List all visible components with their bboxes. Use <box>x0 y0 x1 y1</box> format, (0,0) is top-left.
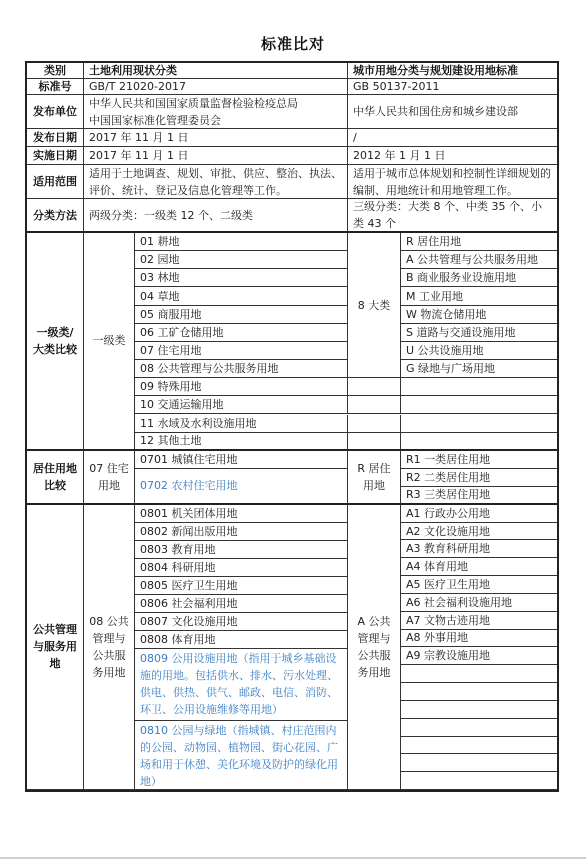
public-b-item-empty <box>401 719 557 737</box>
meta-label-text: 实施日期 <box>33 147 77 164</box>
public-a-item-text: 0806 社会福利用地 <box>140 595 238 612</box>
meta-value-a-text: GB/T 21020-2017 <box>89 79 186 95</box>
residential-b-item-text: R2 二类居住用地 <box>406 469 490 486</box>
residential-a-item: 0701 城镇住宅用地 <box>135 451 348 469</box>
section-public-label-text: 公共管理与服务用地 <box>32 621 78 672</box>
section-level1-b-group: 8 大类 <box>348 233 401 378</box>
meta-value-b-text: 中华人民共和国住房和城乡建设部 <box>353 103 518 120</box>
header-col-b-text: 城市用地分类与规划建设用地标准 <box>353 63 518 79</box>
level1-a-item: 09 特殊用地 <box>135 378 348 396</box>
public-b-item-text: A6 社会福利设施用地 <box>406 594 512 611</box>
public-b-item-text: A5 医疗卫生用地 <box>406 576 490 593</box>
meta-label-text: 分类方法 <box>33 207 77 224</box>
section-level1-a-group-text: 一级类 <box>93 332 126 349</box>
public-b-item-text: A8 外事用地 <box>406 630 468 647</box>
public-b-item: A2 文化设施用地 <box>401 523 557 541</box>
level1-a-item-text: 04 草地 <box>140 288 180 305</box>
meta-label-text: 发布单位 <box>33 103 77 120</box>
public-a-item-highlight-text: 0810 公园与绿地（指城镇、村庄范围内的公园、动物园、植物园、街心花园、广场和… <box>140 722 342 790</box>
meta-value-a-text: 适用于土地调查、规划、审批、供应、整治、执法、评价、统计、登记及信息化管理等工作… <box>89 165 342 199</box>
public-a-item: 0804 科研用地 <box>135 559 348 577</box>
public-b-item: A4 体育用地 <box>401 558 557 576</box>
public-b-item-empty <box>401 683 557 701</box>
meta-label: 实施日期 <box>27 147 84 165</box>
public-a-item: 0806 社会福利用地 <box>135 595 348 613</box>
level1-b-item-text: B 商业服务业设施用地 <box>406 269 516 286</box>
level1-b-item-text: U 公共设施用地 <box>406 342 484 359</box>
meta-value-a: GB/T 21020-2017 <box>84 79 348 95</box>
level1-b-item-text: G 绿地与广场用地 <box>406 360 495 377</box>
comparison-table: 类别土地利用现状分类城市用地分类与规划建设用地标准标准号GB/T 21020-2… <box>25 61 559 792</box>
meta-value-a-text: 两级分类：一级类 12 个、二级类 <box>89 207 253 224</box>
public-b-item-empty <box>401 754 557 772</box>
section-level1-b-group-text: 8 大类 <box>358 297 391 314</box>
public-a-item-text: 0805 医疗卫生用地 <box>140 577 238 594</box>
public-a-item: 0805 医疗卫生用地 <box>135 577 348 595</box>
section-level1-a-group: 一级类 <box>84 233 135 451</box>
meta-label: 发布日期 <box>27 129 84 147</box>
level1-b-item-text: A 公共管理与公共服务用地 <box>406 251 538 268</box>
level1-a-item: 01 耕地 <box>135 233 348 251</box>
level1-b-item: R 居住用地 <box>401 233 557 251</box>
public-b-item: A6 社会福利设施用地 <box>401 594 557 612</box>
public-b-item: A5 医疗卫生用地 <box>401 576 557 594</box>
public-b-item: A8 外事用地 <box>401 630 557 648</box>
level1-a-item: 12 其他土地 <box>135 433 348 451</box>
public-b-item-text: A7 文物古迹用地 <box>406 612 490 629</box>
meta-value-a-text: 中华人民共和国国家质量监督检验检疫总局 中国国家标准化管理委员会 <box>89 95 298 129</box>
meta-value-b: 2012 年 1 月 1 日 <box>348 147 557 165</box>
level1-a-item: 08 公共管理与公共服务用地 <box>135 360 348 378</box>
meta-label: 分类方法 <box>27 199 84 233</box>
level1-b-item-text: W 物流仓储用地 <box>406 306 486 323</box>
public-a-item-text: 0808 体育用地 <box>140 631 216 648</box>
level1-b-item <box>401 378 557 396</box>
meta-value-a-text: 2017 年 11 月 1 日 <box>89 147 188 164</box>
section-public-b-group-text: A 公共管理与公共服务用地 <box>353 613 395 681</box>
level1-a-item: 07 住宅用地 <box>135 342 348 360</box>
public-b-item: A7 文物古迹用地 <box>401 612 557 630</box>
public-b-item-empty <box>401 737 557 755</box>
meta-label-text: 适用范围 <box>33 173 77 190</box>
public-a-item-text: 0801 机关团体用地 <box>140 505 238 522</box>
level1-a-item-text: 08 公共管理与公共服务用地 <box>140 360 279 377</box>
level1-a-item: 04 草地 <box>135 287 348 305</box>
level1-b-item-text: S 道路与交通设施用地 <box>406 324 515 341</box>
level1-a-item: 06 工矿仓储用地 <box>135 324 348 342</box>
meta-value-a-text: 2017 年 11 月 1 日 <box>89 129 188 146</box>
meta-value-b: 适用于城市总体规划和控制性详细规划的编制、用地统计和用地管理工作。 <box>348 165 557 199</box>
level1-a-item-text: 03 林地 <box>140 269 180 286</box>
public-b-item-empty <box>401 701 557 719</box>
meta-value-b: GB 50137-2011 <box>348 79 557 95</box>
public-b-item-text: A1 行政办公用地 <box>406 505 490 522</box>
residential-a-item-highlight: 0702 农村住宅用地 <box>135 469 348 505</box>
level1-a-item: 11 水域及水利设施用地 <box>135 415 348 433</box>
public-a-item-highlight: 0810 公园与绿地（指城镇、村庄范围内的公园、动物园、植物园、街心花园、广场和… <box>135 721 348 790</box>
public-b-item-empty <box>401 772 557 790</box>
header-col-b: 城市用地分类与规划建设用地标准 <box>348 63 557 79</box>
level1-b-item: U 公共设施用地 <box>401 342 557 360</box>
residential-b-item-text: R3 三类居住用地 <box>406 487 490 504</box>
meta-value-a: 适用于土地调查、规划、审批、供应、整治、执法、评价、统计、登记及信息化管理等工作… <box>84 165 348 199</box>
public-b-item-text: A2 文化设施用地 <box>406 523 490 540</box>
level1-b-item <box>401 396 557 414</box>
residential-a-item-highlight-text: 0702 农村住宅用地 <box>140 477 238 494</box>
level1-b-item-text: R 居住用地 <box>406 233 461 250</box>
public-a-item: 0808 体育用地 <box>135 631 348 649</box>
public-b-item-text: A4 体育用地 <box>406 558 468 575</box>
level1-b-group-empty <box>348 396 401 414</box>
public-a-item: 0801 机关团体用地 <box>135 505 348 523</box>
public-b-item: A3 教育科研用地 <box>401 540 557 558</box>
meta-value-a: 2017 年 11 月 1 日 <box>84 147 348 165</box>
residential-a-item-text: 0701 城镇住宅用地 <box>140 451 238 468</box>
public-a-item-highlight-text: 0809 公用设施用地（指用于城乡基础设施的用地。包括供水、排水、污水处理、供电… <box>140 650 342 718</box>
public-a-item-text: 0802 新闻出版用地 <box>140 523 238 540</box>
level1-a-item-text: 06 工矿仓储用地 <box>140 324 224 341</box>
meta-value-a: 两级分类：一级类 12 个、二级类 <box>84 199 348 233</box>
section-public-a-group-text: 08 公共管理与公共服务用地 <box>89 613 129 681</box>
level1-b-item <box>401 433 557 451</box>
meta-value-b-text: 2012 年 1 月 1 日 <box>353 147 445 164</box>
header-category: 类别 <box>27 63 84 79</box>
level1-a-item: 10 交通运输用地 <box>135 396 348 414</box>
section-public-label: 公共管理与服务用地 <box>27 505 84 790</box>
public-b-item-text: A3 教育科研用地 <box>406 540 490 557</box>
meta-value-b: 中华人民共和国住房和城乡建设部 <box>348 95 557 129</box>
level1-a-item-text: 09 特殊用地 <box>140 378 202 395</box>
section-public-b-group: A 公共管理与公共服务用地 <box>348 505 401 790</box>
meta-label-text: 发布日期 <box>33 129 77 146</box>
public-a-item: 0802 新闻出版用地 <box>135 523 348 541</box>
level1-b-item: A 公共管理与公共服务用地 <box>401 251 557 269</box>
public-a-item: 0803 教育用地 <box>135 541 348 559</box>
level1-b-group-empty <box>348 433 401 451</box>
level1-a-item-text: 05 商服用地 <box>140 306 202 323</box>
level1-a-item: 03 林地 <box>135 269 348 287</box>
public-a-item-highlight: 0809 公用设施用地（指用于城乡基础设施的用地。包括供水、排水、污水处理、供电… <box>135 649 348 721</box>
section-public-a-group: 08 公共管理与公共服务用地 <box>84 505 135 790</box>
level1-a-item-text: 10 交通运输用地 <box>140 396 224 413</box>
header-category-text: 类别 <box>44 63 66 79</box>
section-residential-a-group: 07 住宅用地 <box>84 451 135 505</box>
level1-a-item-text: 01 耕地 <box>140 233 180 250</box>
public-b-item: A1 行政办公用地 <box>401 505 557 523</box>
level1-a-item-text: 07 住宅用地 <box>140 342 202 359</box>
section-residential-b-group: R 居住用地 <box>348 451 401 505</box>
residential-b-item: R3 三类居住用地 <box>401 487 557 505</box>
level1-a-item-text: 12 其他土地 <box>140 433 202 450</box>
section-level1-label: 一级类/大类比较 <box>27 233 84 451</box>
meta-value-b-text: GB 50137-2011 <box>353 79 440 95</box>
public-a-item-text: 0803 教育用地 <box>140 541 216 558</box>
level1-b-group-empty <box>348 378 401 396</box>
level1-b-item: M 工业用地 <box>401 287 557 305</box>
page-title: 标准比对 <box>0 33 586 54</box>
level1-b-item <box>401 415 557 433</box>
public-a-item-text: 0807 文化设施用地 <box>140 613 238 630</box>
meta-value-b-text: 适用于城市总体规划和控制性详细规划的编制、用地统计和用地管理工作。 <box>353 165 552 199</box>
level1-b-item: G 绿地与广场用地 <box>401 360 557 378</box>
header-col-a: 土地利用现状分类 <box>84 63 348 79</box>
section-residential-label: 居住用地比较 <box>27 451 84 505</box>
level1-a-item-text: 11 水域及水利设施用地 <box>140 415 257 432</box>
section-residential-label-text: 居住用地比较 <box>32 460 78 494</box>
residential-b-item-text: R1 一类居住用地 <box>406 451 490 468</box>
section-residential-a-group-text: 07 住宅用地 <box>89 460 129 494</box>
public-a-item-text: 0804 科研用地 <box>140 559 216 576</box>
meta-value-a: 中华人民共和国国家质量监督检验检疫总局 中国国家标准化管理委员会 <box>84 95 348 129</box>
public-a-item: 0807 文化设施用地 <box>135 613 348 631</box>
public-b-item-text: A9 宗教设施用地 <box>406 647 490 664</box>
level1-a-item: 05 商服用地 <box>135 306 348 324</box>
section-level1-label-text: 一级类/大类比较 <box>32 324 78 358</box>
public-b-item: A9 宗教设施用地 <box>401 647 557 665</box>
header-col-a-text: 土地利用现状分类 <box>89 63 177 79</box>
meta-value-b-text: 三级分类：大类 8 个、中类 35 个、小类 43 个 <box>353 199 552 232</box>
level1-b-group-empty <box>348 415 401 433</box>
residential-b-item: R2 二类居住用地 <box>401 469 557 487</box>
level1-a-item: 02 园地 <box>135 251 348 269</box>
section-residential-b-group-text: R 居住用地 <box>353 460 395 494</box>
meta-value-a: 2017 年 11 月 1 日 <box>84 129 348 147</box>
residential-b-item: R1 一类居住用地 <box>401 451 557 469</box>
level1-b-item-text: M 工业用地 <box>406 288 463 305</box>
level1-a-item-text: 02 园地 <box>140 251 180 268</box>
public-b-item-empty <box>401 665 557 683</box>
meta-label: 适用范围 <box>27 165 84 199</box>
meta-label: 发布单位 <box>27 95 84 129</box>
level1-b-item: S 道路与交通设施用地 <box>401 324 557 342</box>
meta-value-b-text: / <box>353 129 357 146</box>
level1-b-item: W 物流仓储用地 <box>401 306 557 324</box>
level1-b-item: B 商业服务业设施用地 <box>401 269 557 287</box>
meta-value-b: 三级分类：大类 8 个、中类 35 个、小类 43 个 <box>348 199 557 233</box>
meta-label: 标准号 <box>27 79 84 95</box>
meta-label-text: 标准号 <box>39 79 72 95</box>
meta-value-b: / <box>348 129 557 147</box>
